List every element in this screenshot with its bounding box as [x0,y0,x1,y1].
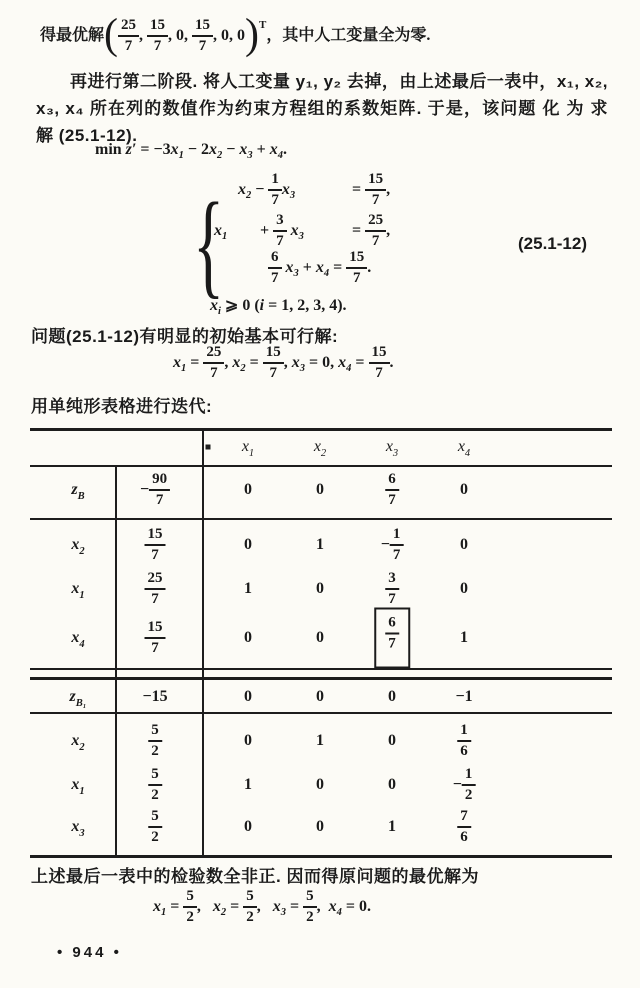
fraction-denominator: 2 [151,828,159,845]
math-text: = 0, [305,355,338,371]
fraction-numerator: 3 [273,213,287,232]
number: 0 [316,688,324,706]
cell-value: 0 [388,688,396,706]
math-text: , [317,899,329,915]
fraction-denominator: 7 [210,364,218,381]
math-text: = [352,223,365,239]
superscript: T [259,20,266,31]
table-cell: 0 [316,688,324,706]
number: 0 [316,818,324,836]
cell-value: 0 [460,481,468,499]
constraint-equation-part: 67 x3 + x4 = 157. [268,250,371,286]
column-header: x1 [242,438,254,456]
cell-value: 67 [385,472,399,508]
fraction-denominator: 6 [460,828,468,845]
math-text: . [390,355,394,371]
cell-value: 257 [145,571,166,607]
variable-subscript: 1 [181,364,186,375]
table-rule [30,677,612,680]
cell-value: 1 [316,536,324,554]
fraction: 37 [385,571,399,607]
variable-subscript: 3 [299,232,304,243]
column-header: x2 [314,438,326,456]
table-cell: 0 [460,481,468,499]
big-paren: ) [245,18,259,54]
math-text: ⩾ 0 ( [221,298,260,314]
table-cell: −1 [455,688,472,706]
variable-subscript: 2 [79,546,84,557]
math-text: , [257,899,273,915]
variable-base: x [291,223,299,239]
table-cell: 1 [244,776,252,794]
variable-base: x [71,536,79,554]
table-cell: 0 [244,481,252,499]
fraction-numerator: 6 [385,616,399,635]
subscripted-variable: x3 [239,142,252,158]
fraction: 52 [303,889,317,925]
fraction-numerator: 5 [148,767,162,786]
variable-subscript: 2 [321,448,326,459]
subscripted-variable: zB [71,481,84,499]
math-keyword: min [95,142,126,158]
math-text: 得最优解 [40,28,104,44]
subscripted-variable: x1 [153,899,166,915]
fraction-denominator: 7 [276,232,284,249]
fraction-denominator: 7 [388,590,396,607]
subscripted-variable: x2 [238,182,251,198]
final-solution-line: x1 = 52, x2 = 52, x3 = 52, x4 = 0. [153,888,371,926]
fraction-denominator: 7 [156,491,164,508]
cell-value: 0 [244,629,252,647]
fraction-denominator: 7 [270,364,278,381]
page-number: • 944 • [57,944,122,961]
table-cell: 1 [316,732,324,750]
number: 1 [388,818,396,836]
variable-subscript: 3 [294,269,299,280]
variable-subscript: 3 [300,364,305,375]
row-basis-label: x4 [71,629,84,647]
b-value-cell: 52 [148,809,162,845]
fraction-denominator: 6 [460,742,468,759]
math-text: = [246,355,263,371]
number: 1 [316,536,324,554]
table-cell: 0 [244,688,252,706]
table-rule [30,855,612,858]
math-text: , [386,223,390,239]
number: 0 [460,536,468,554]
number: 0 [460,481,468,499]
variable-subscript: B₁ [76,698,87,709]
table-cell: −17 [381,527,404,563]
fraction-numerator: 5 [303,889,317,908]
subscripted-variable: zB₁ [70,688,87,706]
b-value-cell: 52 [148,723,162,759]
table-cell: 0 [244,732,252,750]
fraction-numerator: 5 [183,889,197,908]
number: 1 [460,629,468,647]
variable-subscript: 1 [79,590,84,601]
minus-sign: − [140,481,149,499]
fraction: 52 [148,723,162,759]
constraint-equation-part: = 157, [352,172,390,208]
minus-sign: − [381,536,390,554]
subscripted-variable: x1 [173,355,186,371]
fraction: 52 [183,889,197,925]
fraction: 52 [243,889,257,925]
math-text: = 1, 2, 3, 4). [264,298,346,314]
variable-base: x [242,438,249,456]
fraction: 157 [365,172,386,208]
variable-base: x [210,298,218,314]
math-text: , 0, [168,28,192,44]
fraction-numerator: 1 [462,767,476,786]
fraction-numerator: 1 [457,723,471,742]
cell-value: 0 [244,536,252,554]
fraction-numerator: 5 [148,723,162,742]
fraction: 257 [145,571,166,607]
variable-base: x [171,142,179,158]
math-text: − [222,142,239,158]
variable-base: x [314,438,321,456]
fraction-denominator: 7 [372,191,380,208]
fraction: 157 [369,345,390,381]
fraction: 157 [147,18,168,54]
fraction-numerator: 6 [385,472,399,491]
fraction-denominator: 7 [388,491,396,508]
cell-value: 0 [316,818,324,836]
variable-base: x [173,355,181,371]
number: 0 [388,732,396,750]
variable-base: x [214,223,222,239]
subscripted-variable: x2 [314,438,326,456]
variable-base: x [329,899,337,915]
subscripted-variable: x4 [316,260,329,276]
cell-value: 0 [316,481,324,499]
subscripted-variable: x3 [71,818,84,836]
table-cell: 0 [244,818,252,836]
cell-value: −15 [142,688,167,706]
constraint-equation-part: x2 − 17x3 [238,172,295,208]
variable-subscript: 2 [217,151,222,162]
fraction-numerator: 15 [369,345,390,364]
subscripted-variable: x4 [458,438,470,456]
fraction-numerator: 7 [457,809,471,828]
table-column-divider [202,428,204,855]
minus-sign: − [455,688,464,706]
row-basis-label: zB [71,481,84,499]
table-cell: 0 [316,481,324,499]
subscripted-variable: x1 [171,142,184,158]
math-text: = [329,260,346,276]
cell-value: 52 [148,767,162,803]
cell-value: 0 [316,776,324,794]
subscripted-variable: xi [210,298,221,314]
fraction: 17 [268,172,282,208]
fraction: 16 [457,723,471,759]
variable-base: x [238,182,246,198]
variable-subscript: B [78,491,85,502]
number: 0 [460,580,468,598]
cell-value: 0 [460,536,468,554]
variable-subscript: 3 [393,448,398,459]
fraction-denominator: 2 [151,742,159,759]
math-text: , [386,182,390,198]
cell-value: −907 [140,472,170,508]
cell-value: 157 [145,527,166,563]
subscripted-variable: x4 [338,355,351,371]
variable-subscript: 4 [79,639,84,650]
b-value-cell: 257 [145,571,166,607]
fraction-denominator: 7 [151,546,159,563]
variable-subscript: 2 [246,191,251,202]
b-value-cell: −907 [140,472,170,508]
cell-value: 0 [316,688,324,706]
fraction-denominator: 2 [306,908,314,925]
variable-base: x [458,438,465,456]
table-rule [30,668,612,670]
row-basis-label: x3 [71,818,84,836]
subscripted-variable: x2 [232,355,245,371]
fraction-denominator: 7 [393,546,401,563]
variable-base: x [71,732,79,750]
constraint-equation-part: xi ⩾ 0 (i = 1, 2, 3, 4). [210,298,347,314]
variable-subscript: 3 [290,191,295,202]
cell-value: −17 [381,527,404,563]
variable-subscript: 4 [278,151,283,162]
math-text: = [351,355,368,371]
variable-subscript: 4 [465,448,470,459]
table-cell: 0 [316,776,324,794]
fraction-numerator: 15 [192,18,213,37]
variable-subscript: 1 [249,448,254,459]
phase-two-paragraph: 再进行第二阶段. 将人工变量 y₁, y₂ 去掉，由上述最后一表中，x₁, x₂… [36,68,608,149]
row-basis-label: zB₁ [70,688,87,706]
fraction: 67 [385,472,399,508]
cell-value: 52 [148,723,162,759]
row-basis-label: x2 [71,732,84,750]
fraction-numerator: 6 [268,250,282,269]
math-text: . [367,260,371,276]
table-cell: 0 [388,688,396,706]
variable-base: x [270,142,278,158]
cell-value: 0 [244,818,252,836]
fraction-numerator: 25 [203,345,224,364]
number: 0 [244,688,252,706]
variable-base: x [71,580,79,598]
fraction: 157 [346,250,367,286]
variable-subscript: 3 [281,908,286,919]
minus-sign: − [142,688,151,706]
table-rule [30,712,612,714]
column-header: x3 [386,438,398,456]
subscripted-variable: x3 [282,182,295,198]
fraction-denominator: 2 [151,786,159,803]
fraction-numerator: 25 [118,18,139,37]
math-text: , [139,28,147,44]
table-cell: 0 [460,536,468,554]
variable-base: x [153,899,161,915]
subscripted-variable: x4 [71,629,84,647]
cell-value: 0 [460,580,468,598]
number: 0 [244,818,252,836]
math-text: + [260,223,273,239]
fraction: 257 [118,18,139,54]
variable-subscript: 4 [337,908,342,919]
subscripted-variable: x2 [209,142,222,158]
subscripted-variable: x3 [273,899,286,915]
variable-base: x [282,182,290,198]
fraction: 67 [268,250,282,286]
math-text: − [251,182,268,198]
table-cell: 37 [385,571,399,607]
table-cell: 0 [316,580,324,598]
smudge-dot-icon [206,445,211,450]
row-basis-label: x1 [71,580,84,598]
equation-number: (25.1-12) [518,234,587,254]
fraction: 52 [148,809,162,845]
cell-value: 1 [244,580,252,598]
variable-base: x [213,899,221,915]
cell-value: 1 [460,629,468,647]
number: 0 [244,536,252,554]
variable-base: x [71,629,79,647]
closing-line: 上述最后一表中的检验数全非正. 因而得原问题的最优解为 [31,862,479,887]
fraction-numerator: 15 [147,18,168,37]
subscripted-variable: x2 [213,899,226,915]
variable-base: x [71,776,79,794]
variable-base: x [209,142,217,158]
fraction-numerator: 25 [365,213,386,232]
fraction-denominator: 7 [353,269,361,286]
math-text: = [286,899,303,915]
table-cell: 1 [388,818,396,836]
cell-value: 157 [145,620,166,656]
table-cell: 0 [244,536,252,554]
math-text: = [186,355,203,371]
number: 1 [316,732,324,750]
cell-value: 0 [388,732,396,750]
variable-base: x [338,355,346,371]
variable-base: x [71,818,79,836]
subscripted-variable: x3 [292,355,305,371]
number: 1 [244,776,252,794]
cell-value: 37 [385,571,399,607]
column-header: x4 [458,438,470,456]
table-rule [30,465,612,467]
variable-subscript: 3 [79,828,84,839]
big-paren: ( [104,18,118,54]
constraint-equation-part: x1 [214,223,227,239]
b-value-cell: 157 [145,527,166,563]
table-cell: −12 [453,767,476,803]
minus-sign: − [453,776,462,794]
variable-subscript: 3 [247,151,252,162]
number: 0 [388,688,396,706]
subscripted-variable: x3 [286,260,299,276]
subscripted-variable: x1 [242,438,254,456]
cell-value: 0 [244,481,252,499]
cell-value: 16 [457,723,471,759]
subscripted-variable: x3 [386,438,398,456]
cell-value: 0 [244,688,252,706]
number: 0 [316,481,324,499]
b-value-cell: −15 [142,688,167,706]
fraction-denominator: 2 [186,908,194,925]
subscripted-variable: x3 [291,223,304,239]
number: 0 [388,776,396,794]
fraction-denominator: 2 [246,908,254,925]
b-value-cell: 52 [148,767,162,803]
table-cell: 67 [374,608,410,669]
fraction-denominator: 7 [154,37,162,54]
cell-value: 1 [388,818,396,836]
math-text: = −3 [136,142,170,158]
math-text: . [283,142,287,158]
table-cell: 1 [316,536,324,554]
fraction-numerator: 1 [268,172,282,191]
initial-solution-line: x1 = 257, x2 = 157, x3 = 0, x4 = 157. [173,344,394,382]
fraction: 257 [365,213,386,249]
table-cell: 0 [460,580,468,598]
constraint-equation-part: = 257, [352,213,390,249]
subscripted-variable: x1 [71,776,84,794]
book-page: { "page": { "bg": "#fcfbf6", "ink": "#1a… [0,0,640,988]
variable-subscript: 1 [79,786,84,797]
subscripted-variable: x1 [214,223,227,239]
variable-subscript: 1 [179,151,184,162]
cell-value: 0 [316,629,324,647]
cell-value: −12 [453,767,476,803]
b-value-cell: 157 [145,620,166,656]
variable-base: x [316,260,324,276]
fraction: 157 [192,18,213,54]
fraction-numerator: 3 [385,571,399,590]
fraction-numerator: 90 [149,472,170,491]
fraction: 67 [385,616,399,652]
cell-value: 0 [316,580,324,598]
fraction-denominator: 7 [372,232,380,249]
fraction-numerator: 5 [148,809,162,828]
math-text: = 0. [342,899,371,915]
subscripted-variable: x4 [329,899,342,915]
math-text: , [284,355,292,371]
fraction-denominator: 7 [375,364,383,381]
fraction-denominator: 7 [125,37,133,54]
cell-value: 1 [244,776,252,794]
cell-value: 52 [148,809,162,845]
table-cell: 1 [244,580,252,598]
fraction: 907 [149,472,170,508]
fraction-numerator: 1 [390,527,404,546]
table-cell: 1 [460,629,468,647]
number: 1 [244,580,252,598]
fraction-denominator: 2 [465,786,473,803]
math-text: = [166,899,183,915]
fraction-denominator: 7 [151,639,159,656]
cell-value: 0 [388,776,396,794]
number: 0 [316,629,324,647]
math-text: ，其中人工变量全为零. [266,28,430,44]
variable-subscript: 1 [161,908,166,919]
fraction-numerator: 15 [145,620,166,639]
variable-base: x [292,355,300,371]
fraction-denominator: 7 [199,37,207,54]
fraction-denominator: 7 [271,269,279,286]
number: 0 [244,481,252,499]
variable-subscript: i [218,307,221,318]
row-basis-label: x2 [71,536,84,554]
fraction-denominator: 7 [388,635,396,652]
